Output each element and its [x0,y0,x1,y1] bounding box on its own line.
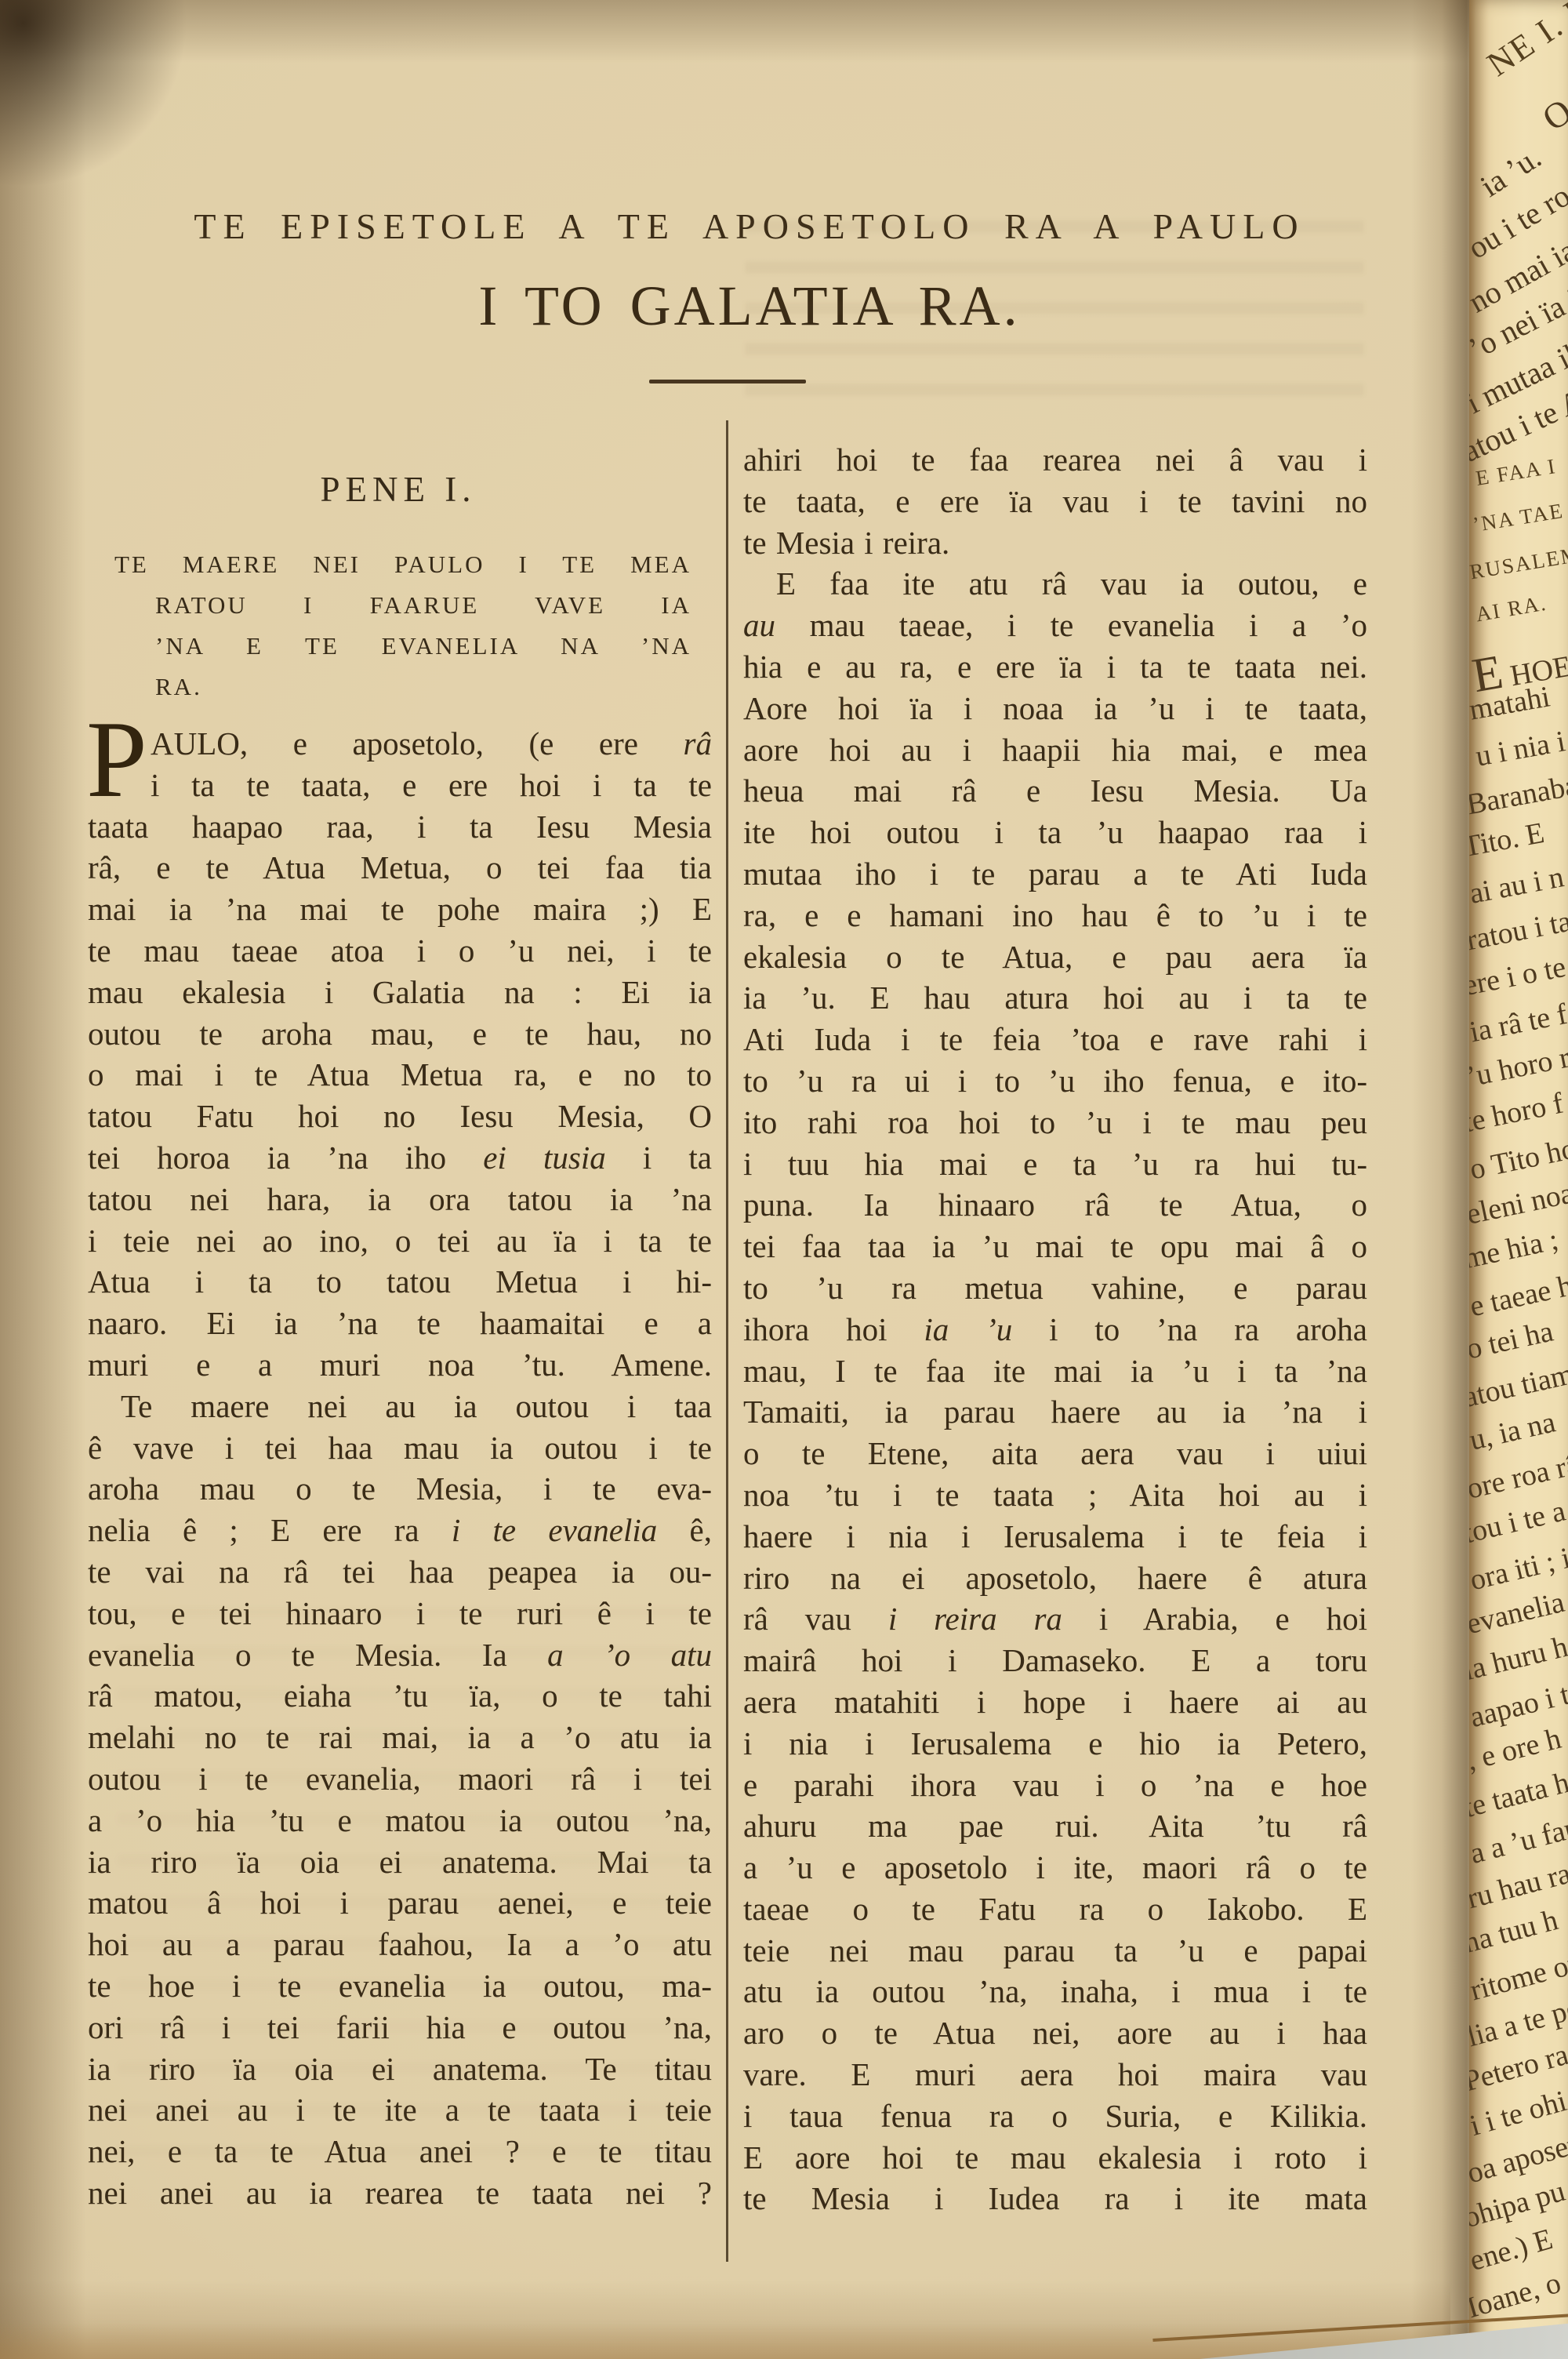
text-line: hoi au a parau faahou, Ia a ’o atu [88,1924,712,1965]
text-line: E faa ite atu râ vau ia outou, e11 [743,563,1367,605]
adjacent-page-text-fragment: ratou i ta [1469,907,1568,957]
text-line: Te maere nei au ia outou i taa6 [88,1386,712,1427]
adjacent-page-text-fragment: ai au i n [1469,862,1566,911]
text-line: hia e au ra, e ere ïa i ta te taata nei. [743,646,1367,688]
text-line: mai ia ’na mai te pohe maira ;) E2 [88,889,712,930]
text-line: teie nei mau parau ta ’u e papai [743,1930,1367,1972]
text-line: to ’u ra ui i to ’u iho fenua, e ito- [743,1060,1367,1102]
text-line: i ta te taata, e ere hoi i ta te [88,765,712,806]
bottom-edge-shadow [0,2281,1450,2359]
text-line: melahi no te rai mai, ia a ’o atu ia [88,1717,712,1758]
chapter-summary-line: RATOU I FAARUE VAVE IA [114,585,691,626]
text-line: nei anei au ia rearea te taata nei ? [88,2172,712,2214]
adjacent-page-text-fragment: ere i o te [1469,952,1568,1002]
adjacent-page-text-fragment: me hia ; [1469,1225,1561,1276]
book-title-line2: I TO GALATIA RA. [88,274,1411,339]
text-line: ahiri hoi te faa rearea nei â vau i [743,439,1367,481]
adjacent-page-text-fragment: RUSALEM [1469,543,1568,583]
text-line: E aore hoi te mau ekalesia i roto i22 [743,2137,1367,2179]
text-line: vare. E muri aera hoi maira vau21 [743,2054,1367,2095]
text-line: te taata, e ere ïa vau i te tavini no [743,481,1367,522]
text-line: nei anei au i te ite a te taata i teie [88,2089,712,2131]
text-line: te hoe i te evanelia ia outou, ma- [88,1965,712,2007]
text-line: au mau taeae, i te evanelia i a ’o [743,605,1367,646]
adjacent-page-text-fragment: NE I. II. [1481,0,1568,83]
text-line: ito rahi roa hoi to ’u i te mau peu [743,1102,1367,1143]
adjacent-page-text-fragment: Tito. E [1469,818,1547,863]
text-line: te vai na râ tei haa peapea ia ou- [88,1551,712,1593]
italic-phrase: râ [684,725,712,761]
text-line: Aore hoi ïa i noaa ia ’u i te taata,12 [743,688,1367,729]
text-line: ihora hoi ia ’u i to ’na ra aroha [743,1309,1367,1350]
text-line: mau, I te faa ite mai ia ’u i ta ’na16 [743,1350,1367,1392]
text-line: e parahi ihora vau i o ’na e hoe [743,1765,1367,1806]
text-line: nelia ê ; E ere ra i te evanelia ê,7 [88,1510,712,1551]
italic-phrase: au [743,607,775,643]
text-line: ra, e e hamani ino hau ê to ’u i te [743,895,1367,936]
text-line: aore hoi au i haapii hia mai, e mea [743,729,1367,771]
adjacent-page-text-fragment: ’NA TAE [1471,500,1565,536]
left-text-column: AULO, e aposetolo, (e ere râi ta te taat… [88,723,712,2214]
text-line: ahuru ma pae rui. Aita ’tu râ19 [743,1805,1367,1847]
text-line: te mau taeae atoa i o ’u nei, i te [88,930,712,972]
text-line: to ’u ra metua vahine, e parau [743,1267,1367,1309]
text-line: naaro. Ei ia ’na te haamaitai e a5 [88,1303,712,1344]
title-divider-rule [649,380,806,383]
text-line: tei faa taa ia ’u mai te opu mai â o [743,1226,1367,1267]
text-line: ori râ i tei farii hia e outou ’na, [88,2007,712,2048]
text-line: tatou Fatu hoi no Iesu Mesia, O4 [88,1096,712,1137]
text-line: matou â hoi i parau aenei, e teie [88,1882,712,1924]
text-line: i taua fenua ra o Suria, e Kilikia. [743,2095,1367,2137]
adjacent-page-text-fragment: tou i te a [1469,1496,1568,1550]
chapter-summary-line: TE MAERE NEI PAULO I TE MEA [114,544,691,585]
text-line: ite hoi outou i ta ’u haapao raa i [743,812,1367,853]
text-line: a ’o hia ’tu e matou ia outou ’na, [88,1800,712,1841]
adjacent-page-text-fragment: AI RA. [1474,592,1548,626]
adjacent-page-text-fragment: e taeae ha [1469,1268,1568,1324]
italic-phrase: i te evanelia [452,1512,657,1548]
adjacent-page-text-fragment: Baranaba, [1469,769,1568,821]
text-line: AULO, e aposetolo, (e ere râ [88,723,712,765]
page-under-edge [0,2323,1474,2359]
text-line: ia riro ïa oia ei anatema. Te titau10 [88,2048,712,2090]
text-line: atu ia outou ’na, inaha, i mua i te [743,1971,1367,2012]
chapter-summary-line: ’NA E TE EVANELIA NA ’NA [114,626,691,667]
chapter-summary: TE MAERE NEI PAULO I TE MEARATOU I FAARU… [114,544,691,707]
adjacent-page-text-fragment: u i nia i [1473,726,1567,772]
adjacent-page-text-fragment: u, ia na [1469,1407,1559,1456]
top-edge-shadow [0,0,1568,63]
adjacent-page-text-fragment: ia râ te fe [1469,997,1568,1049]
text-line: aro o te Atua nei, aore au i haa [743,2012,1367,2054]
adjacent-page-text-fragment: te horo f [1469,1089,1566,1140]
adjacent-page-text-fragment: o tei ha [1469,1316,1556,1365]
text-line: puna. Ia hinaaro râ te Atua, o15 [743,1184,1367,1226]
text-line: i nia i Ierusalema e hio ia Petero, [743,1723,1367,1765]
adjacent-page-text-fragment: na tuu h [1469,1905,1561,1960]
text-line: mairâ hoi i Damaseko. E a toru18 [743,1640,1367,1681]
text-line: i teie nei ao ino, o tei au ïa i ta te [88,1220,712,1262]
text-line: mau ekalesia i Galatia na : Ei ia3 [88,972,712,1013]
text-line: râ, e te Atua Metua, o tei faa tia [88,847,712,889]
adjacent-page-edge: NE I. II.O teia ’u.ou i te rono mai ia t… [1469,0,1568,2359]
text-line: mutaa iho i te parau a te Ati Iuda [743,853,1367,895]
chapter-summary-line: RA. [114,667,691,707]
text-line: taata haapao raa, i ta Iesu Mesia [88,806,712,848]
text-line: aroha mau o te Mesia, i te eva- [88,1468,712,1510]
italic-phrase: ei tusia [483,1140,605,1176]
text-line: râ vau i reira ra i Arabia, e hoi [743,1598,1367,1640]
text-line: muri e a muri noa ’tu. Amene. [88,1344,712,1386]
text-line: taeae o te Fatu ra o Iakobo. E20 [743,1888,1367,1930]
adjacent-page-text-fragment: O te [1536,72,1568,138]
text-line: outou te aroha mau, e te hau, no [88,1013,712,1055]
adjacent-page-text-fragment: ia huru h [1469,1632,1568,1688]
text-line: ekalesia o te Atua, e pau aera ïa [743,936,1367,978]
text-line: Ati Iuda i te feia ’toa e rave rahi i [743,1019,1367,1060]
corner-shadow [0,0,188,188]
text-line: noa ’tu i te taata ; Aita hoi au i17 [743,1474,1367,1516]
text-line: râ matou, eiaha ’tu ïa, o te tahi [88,1675,712,1717]
book-title-line1: TE EPISETOLE A TE APOSETOLO RA A PAULO [88,205,1411,247]
text-line: ê vave i tei haa mau ia outou i te [88,1427,712,1469]
text-line: o te Etene, aita aera vau i uiui [743,1433,1367,1474]
right-text-column: ahiri hoi te faa rearea nei â vau ite ta… [743,439,1367,2219]
text-line: tatou nei hara, ia ora tatou ia ’na [88,1179,712,1220]
text-line: aera matahiti i hope i haere ai au [743,1681,1367,1723]
text-line: te Mesia i Iudea ra i ite mata [743,2178,1367,2219]
italic-phrase: a ’o atu [547,1637,712,1673]
text-line: nei, e ta te Atua anei ? e te titau [88,2131,712,2172]
text-line: ia ’u. E hau atura hoi au i ta te14 [743,977,1367,1019]
chapter-heading: PENE I. [88,469,709,510]
text-line: a ’u e aposetolo i ite, maori râ o te [743,1847,1367,1888]
text-line: Atua i ta to tatou Metua i hi- [88,1261,712,1303]
italic-phrase: i reira ra [888,1601,1062,1637]
text-line: riro na ei aposetolo, haere ê atura [743,1558,1367,1599]
adjacent-page-text-fragment: atou tiam [1469,1359,1568,1414]
italic-phrase: ia ’u [924,1311,1012,1347]
text-line: outou i te evanelia, maori râ i tei [88,1758,712,1800]
text-line: tou, e tei hinaaro i te ruri ê i te [88,1593,712,1634]
text-line: Tamaiti, ia parau haere au ia ’na i [743,1391,1367,1433]
text-line: i tuu hia mai e ta ’u ra hui tu- [743,1143,1367,1185]
adjacent-page-text-fragment: o Tito hoi [1469,1132,1568,1186]
adjacent-page-text-fragment: ’u horo r [1469,1042,1568,1093]
text-line: heua mai râ e Iesu Mesia. Ua13 [743,770,1367,812]
text-line: te Mesia i reira. [743,522,1367,564]
text-line: haere i nia i Ierusalema i te feia i [743,1516,1367,1558]
text-line: tei horoa ia ’na iho ei tusia i ta [88,1137,712,1179]
book-title-block: TE EPISETOLE A TE APOSETOLO RA A PAULO I… [88,205,1411,339]
text-line: evanelia o te Mesia. Ia a ’o atu8 [88,1634,712,1676]
column-divider-rule [726,420,728,2262]
scanned-book-page: TE EPISETOLE A TE APOSETOLO RA A PAULO I… [0,0,1568,2359]
text-line: o mai i te Atua Metua ra, e no to [88,1054,712,1096]
gutter-shadow [0,0,86,2359]
text-line: ia riro ïa oia ei anatema. Mai ta9 [88,1841,712,1883]
